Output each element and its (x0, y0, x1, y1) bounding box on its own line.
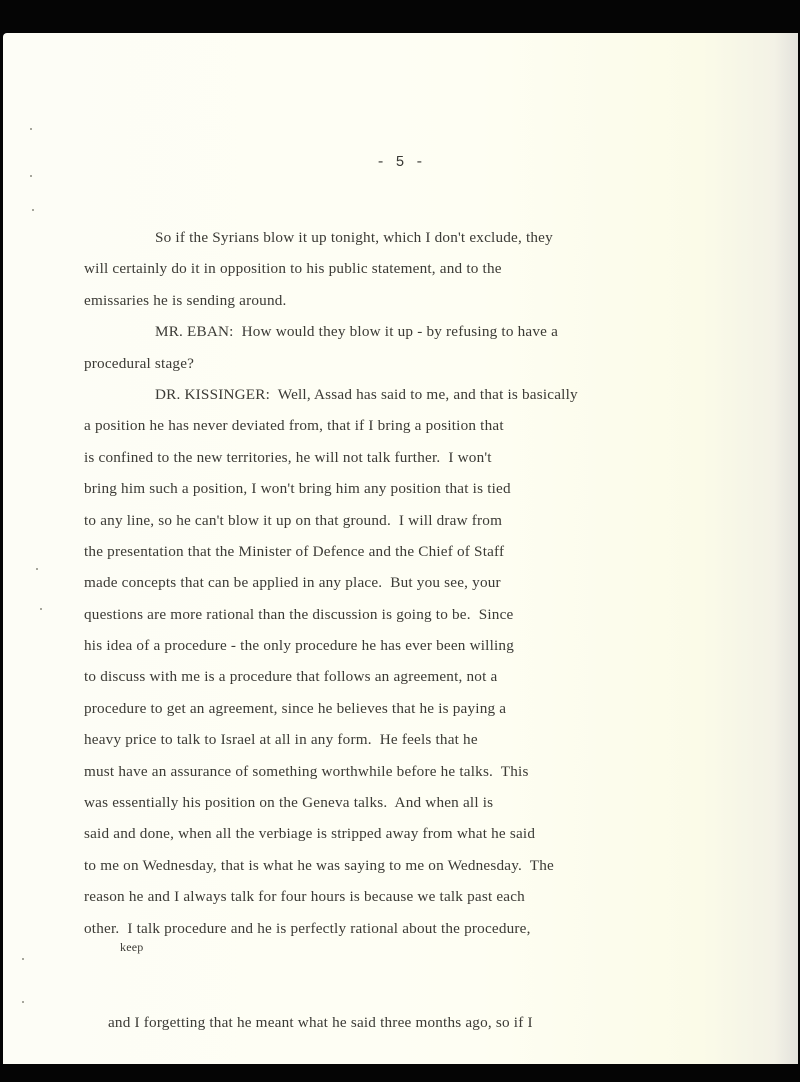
text-line: made concepts that can be applied in any… (84, 567, 784, 598)
text-line: reason he and I always talk for four hou… (84, 881, 784, 912)
text-line: a position he has never deviated from, t… (84, 410, 784, 441)
text-line: to discuss with me is a procedure that f… (84, 661, 784, 692)
text-line: is confined to the new territories, he w… (84, 442, 784, 473)
body-text: So if the Syrians blow it up tonight, wh… (84, 222, 784, 975)
text-line: procedural stage? (84, 348, 784, 379)
text-line: heavy price to talk to Israel at all in … (84, 724, 784, 755)
scan-speck (36, 568, 38, 570)
text-line: was essentially his position on the Gene… (84, 787, 784, 818)
text-line: his idea of a procedure - the only proce… (84, 630, 784, 661)
scan-speck (32, 209, 34, 211)
scan-speck (22, 1001, 24, 1003)
document-page: - 5 - So if the Syrians blow it up tonig… (3, 33, 798, 1064)
text-line: the presentation that the Minister of De… (84, 536, 784, 567)
scan-speck (30, 175, 32, 177)
text-line-content: and I forgetting that he meant what he s… (108, 1014, 533, 1031)
text-line: So if the Syrians blow it up tonight, wh… (84, 222, 784, 253)
text-line: procedure to get an agreement, since he … (84, 693, 784, 724)
scan-speck (40, 608, 42, 610)
page-number: - 5 - (3, 155, 798, 171)
text-line: bring him such a position, I won't bring… (84, 473, 784, 504)
text-line: to me on Wednesday, that is what he was … (84, 850, 784, 881)
text-line: said and done, when all the verbiage is … (84, 818, 784, 849)
text-line: MR. EBAN: How would they blow it up - by… (84, 316, 784, 347)
text-line: will certainly do it in opposition to hi… (84, 253, 784, 284)
text-line: DR. KISSINGER: Well, Assad has said to m… (84, 379, 784, 410)
text-line: other. I talk procedure and he is perfec… (84, 913, 784, 944)
text-line-last: keep and I forgetting that he meant what… (84, 944, 784, 975)
scan-speck (30, 128, 32, 130)
text-line: to any line, so he can't blow it up on t… (84, 505, 784, 536)
text-line: questions are more rational than the dis… (84, 599, 784, 630)
text-line: emissaries he is sending around. (84, 285, 784, 316)
handwritten-correction: keep (120, 932, 143, 963)
scan-speck (22, 958, 24, 960)
text-line: must have an assurance of something wort… (84, 756, 784, 787)
